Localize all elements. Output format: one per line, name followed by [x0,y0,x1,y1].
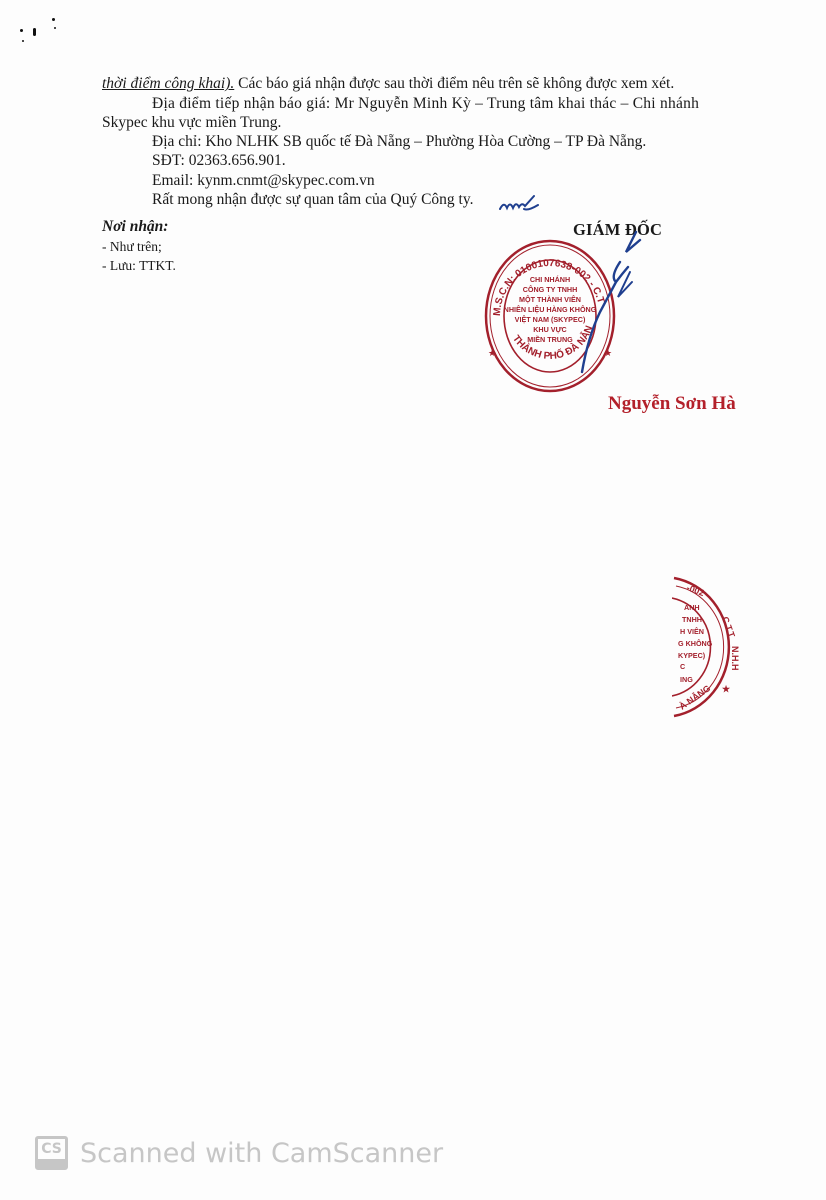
svg-text:TNHH: TNHH [682,615,702,624]
body-line-email: Email: kynm.cnmt@skypec.com.vn [152,172,375,190]
svg-text:-002 -: -002 - [685,582,711,599]
body-line-phone: SĐT: 02363.656.901. [152,152,286,170]
recipient-item: - Như trên; [102,238,162,256]
signer-name: Nguyễn Sơn Hà [608,393,736,415]
body-line-2: Địa điểm tiếp nhận báo giá: Mr Nguyễn Mi… [152,95,699,113]
svg-text:ING: ING [680,675,693,684]
body-line-closing: Rất mong nhận được sự quan tâm của Quý C… [152,191,473,209]
body-line-1-rest: Các báo giá nhận được sau thời điểm nêu … [234,75,674,92]
scan-speck [22,40,24,42]
svg-text:★: ★ [488,348,496,358]
scan-speck [54,27,56,29]
initials-scribble-icon [498,193,540,215]
recipient-item: - Lưu: TTKT. [102,257,176,275]
body-line-1: thời điểm công khai). Các báo giá nhận đ… [102,75,674,93]
camscanner-logo-icon: CS [35,1136,68,1170]
partial-stamp-icon: ANH TNHH H VIÊN G KHÔNG KYPEC) C ING -00… [672,574,752,720]
body-line-address: Địa chỉ: Kho NLHK SB quốc tế Đà Nẵng – P… [152,133,646,151]
body-line-3: Skypec khu vực miền Trung. [102,114,281,132]
body-line-1-italic: thời điểm công khai). [102,75,234,92]
svg-text:G KHÔNG: G KHÔNG [678,639,713,648]
svg-text:ANH: ANH [684,603,700,612]
signature-scribble-icon [560,222,650,382]
scan-speck [52,18,55,21]
svg-text:KYPEC): KYPEC) [678,651,706,660]
recipients-heading: Nơi nhận: [102,218,168,236]
svg-text:C: C [680,662,685,671]
scan-speck [33,28,36,36]
svg-text:N.H.H: N.H.H [730,646,740,671]
svg-text:★: ★ [722,684,731,694]
camscanner-watermark: CS Scanned with CamScanner [35,1136,443,1170]
svg-text:H VIÊN: H VIÊN [680,627,704,636]
scan-speck [20,29,23,32]
camscanner-label: Scanned with CamScanner [80,1138,443,1169]
